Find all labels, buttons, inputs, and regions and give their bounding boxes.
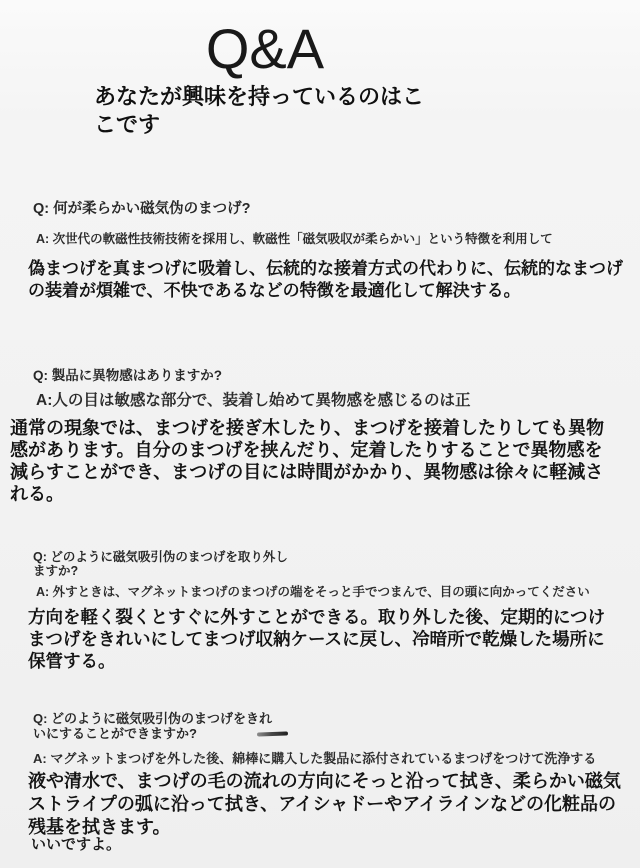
closing-note: いいですよ。 bbox=[31, 833, 121, 854]
answer-intro: A:人の目は敏感な部分で、装着し始めて異物感を感じるのは正 bbox=[36, 388, 471, 410]
answer-intro: A: マグネットまつげを外した後、綿棒に購入した製品に添付されているまつげをつけ… bbox=[33, 748, 596, 767]
question-text: Q: どのように磁気吸引伪のまつげを取り外しますか? bbox=[33, 550, 288, 578]
answer-intro: A: 次世代の軟磁性技術技術を採用し、軟磁性「磁気吸収が柔らかい」という特徴を利… bbox=[36, 229, 553, 247]
dash-mark bbox=[257, 731, 288, 736]
answer-body: 方向を軽く裂くとすぐに外すことができる。取り外した後、定期的につけまつげをきれい… bbox=[28, 606, 605, 672]
page-title: Q&A bbox=[0, 20, 530, 78]
page-subtitle: あなたが興味を持っているのはここです bbox=[94, 83, 424, 139]
answer-intro: A: 外すときは、マグネットまつげのまつげの端をそっと手でつまんで、目の頭に向か… bbox=[36, 582, 590, 600]
answer-body: 通常の現象では、まつげを接ぎ木したり、まつげを接着したりしても異物感があります。… bbox=[10, 417, 604, 505]
question-text: Q: どのように磁気吸引伪のまつげをきれいにすることができますか? bbox=[33, 712, 272, 741]
question-text: Q: 製品に異物感はありますか? bbox=[33, 364, 222, 384]
answer-body: 偽まつげを真まつげに吸着し、伝統的な接着方式の代わりに、伝統的なまつげの装着が煩… bbox=[28, 258, 623, 302]
answer-body: 液や清水で、まつげの毛の流れの方向にそっと沿って拭き、柔らかい磁気ストライプの弧… bbox=[28, 770, 621, 839]
question-text: Q: 何が柔らかい磁気伪のまつげ? bbox=[33, 197, 251, 218]
qa-page: Q&A あなたが興味を持っているのはここです Q: 何が柔らかい磁気伪のまつげ?… bbox=[0, 0, 640, 868]
